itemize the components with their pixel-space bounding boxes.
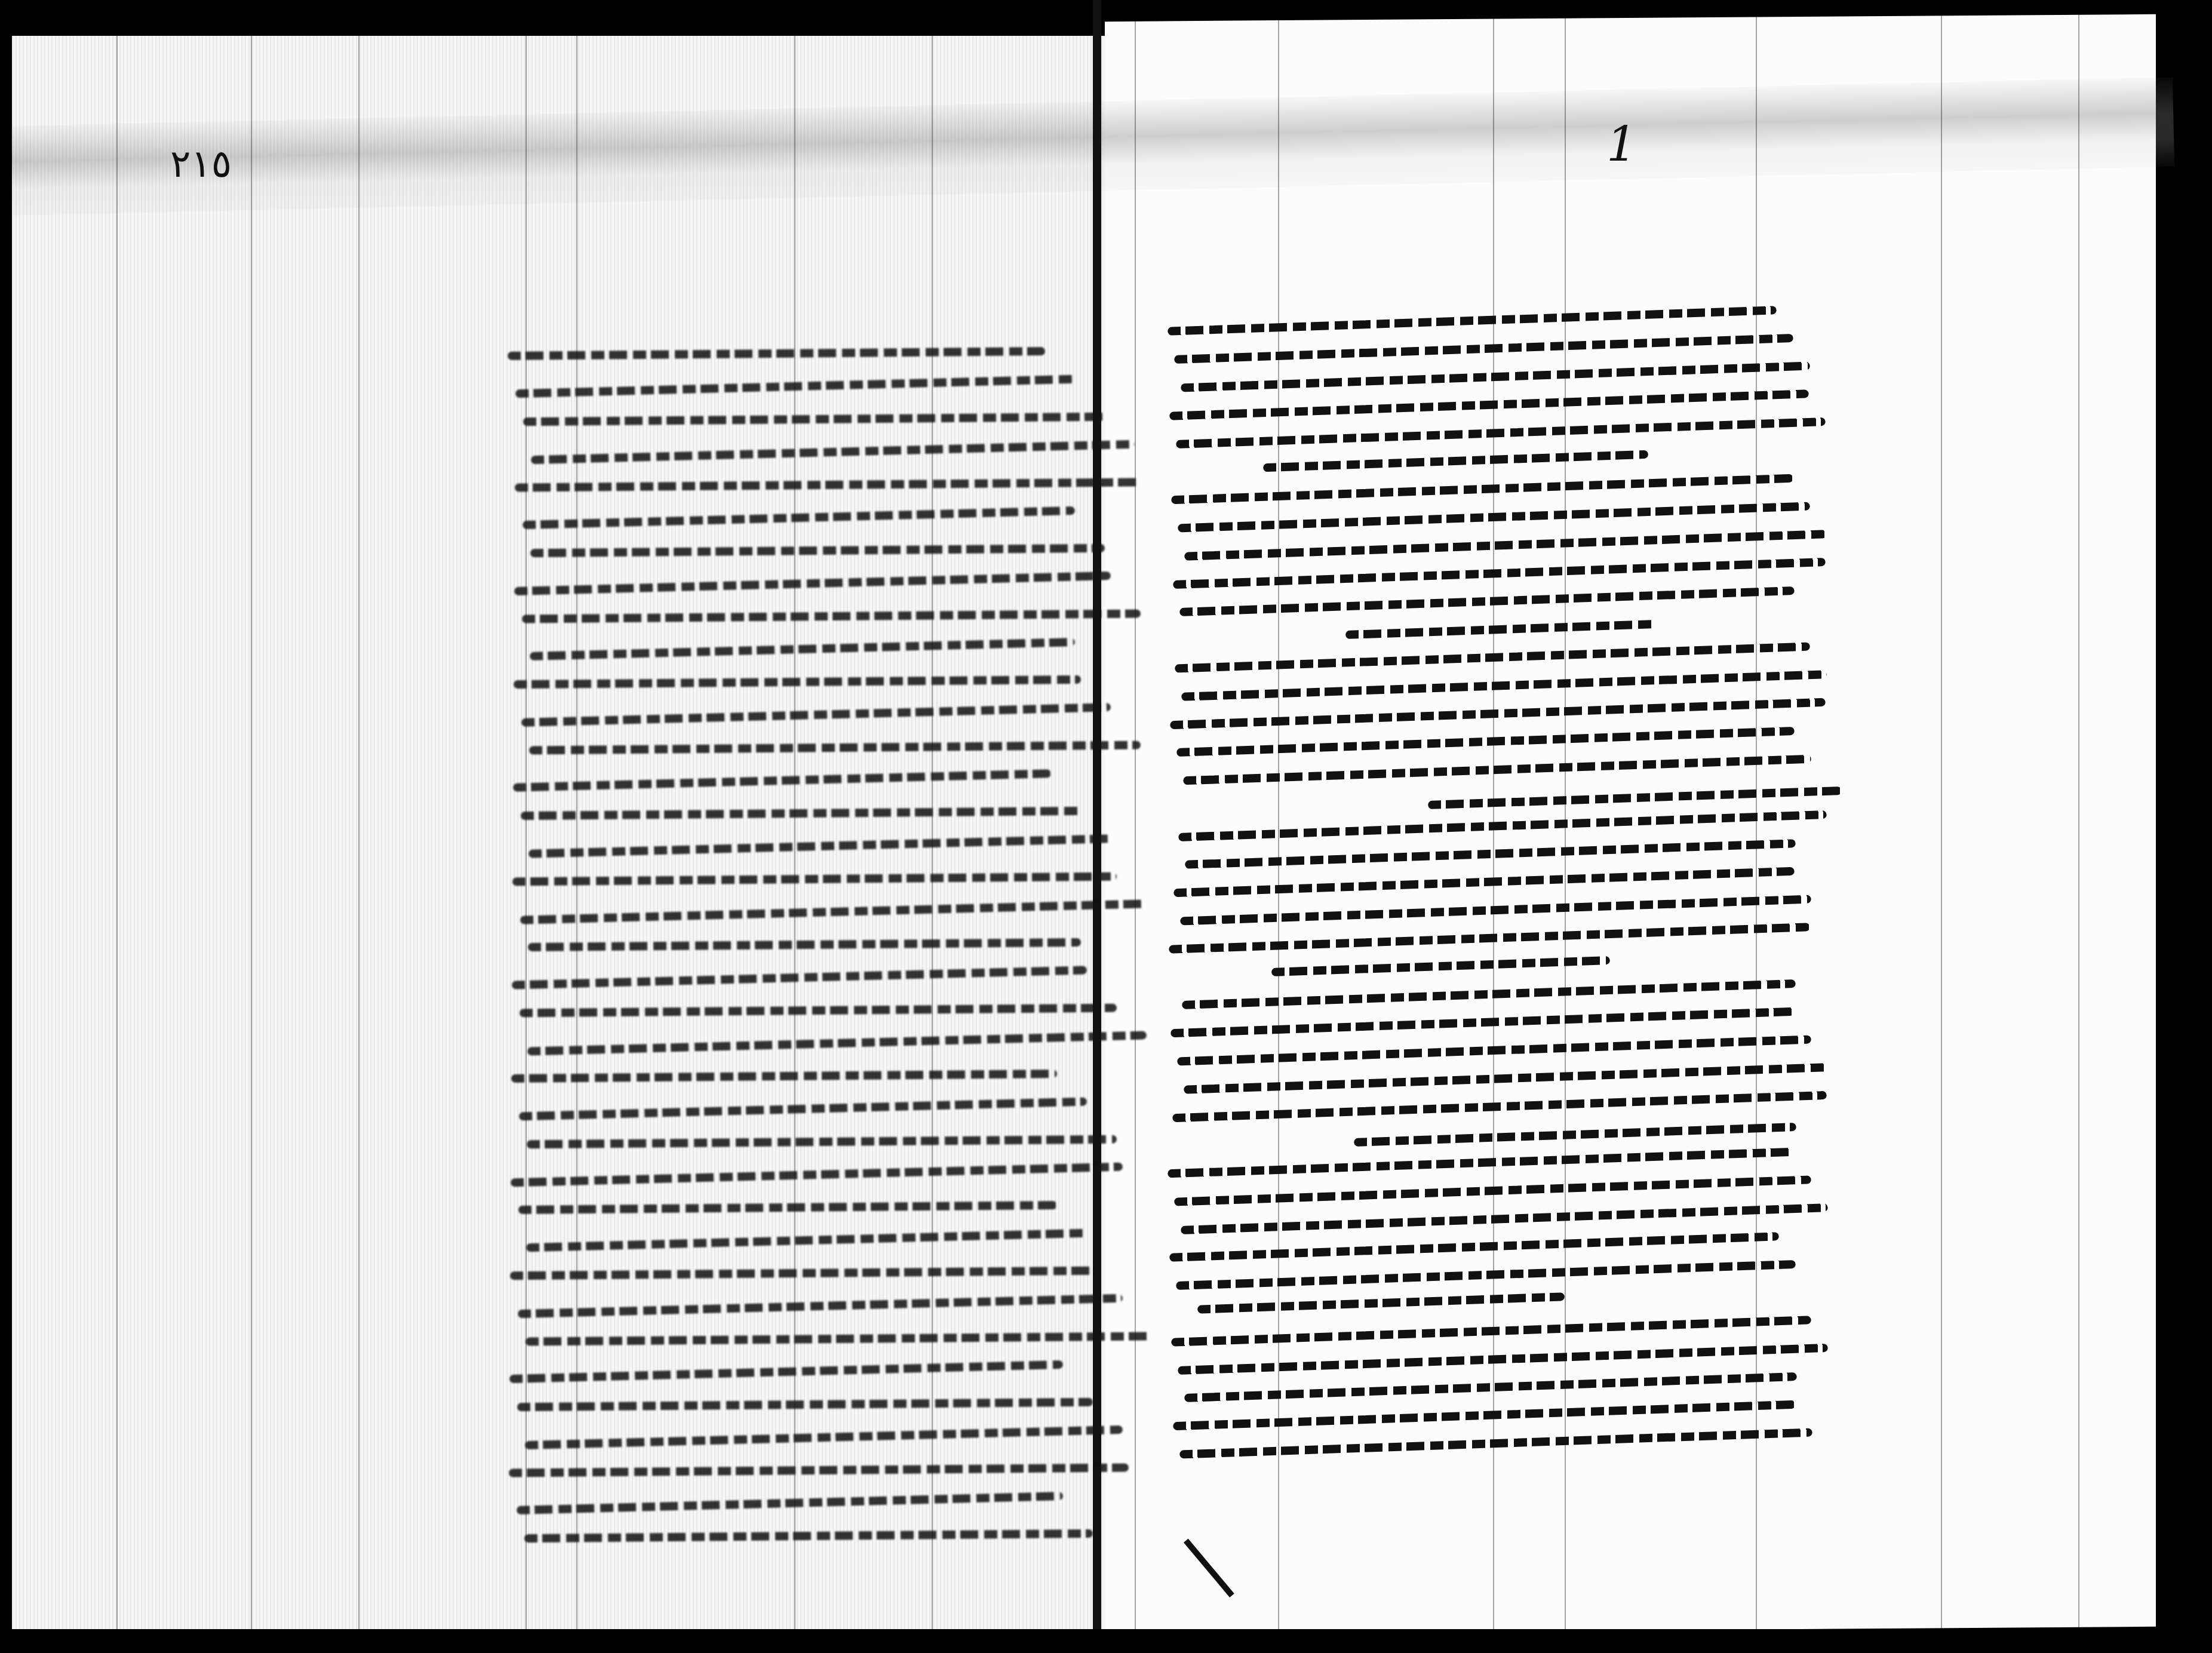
folio-mark: 1: [1606, 116, 1637, 172]
ruling-line: [2078, 0, 2079, 1653]
page-number: ٢١٥: [170, 142, 232, 186]
scan-background: ٢١٥ 1: [0, 0, 2212, 1653]
ruling-line: [358, 0, 360, 1653]
ruling-line: [1135, 0, 1136, 1653]
ruling-line: [251, 0, 252, 1653]
ruling-line: [116, 0, 118, 1653]
book-spine: [1093, 0, 1101, 1653]
scan-edge: [0, 1629, 2212, 1653]
ruling-line: [1278, 0, 1279, 1653]
ruling-line: [1941, 0, 1942, 1653]
